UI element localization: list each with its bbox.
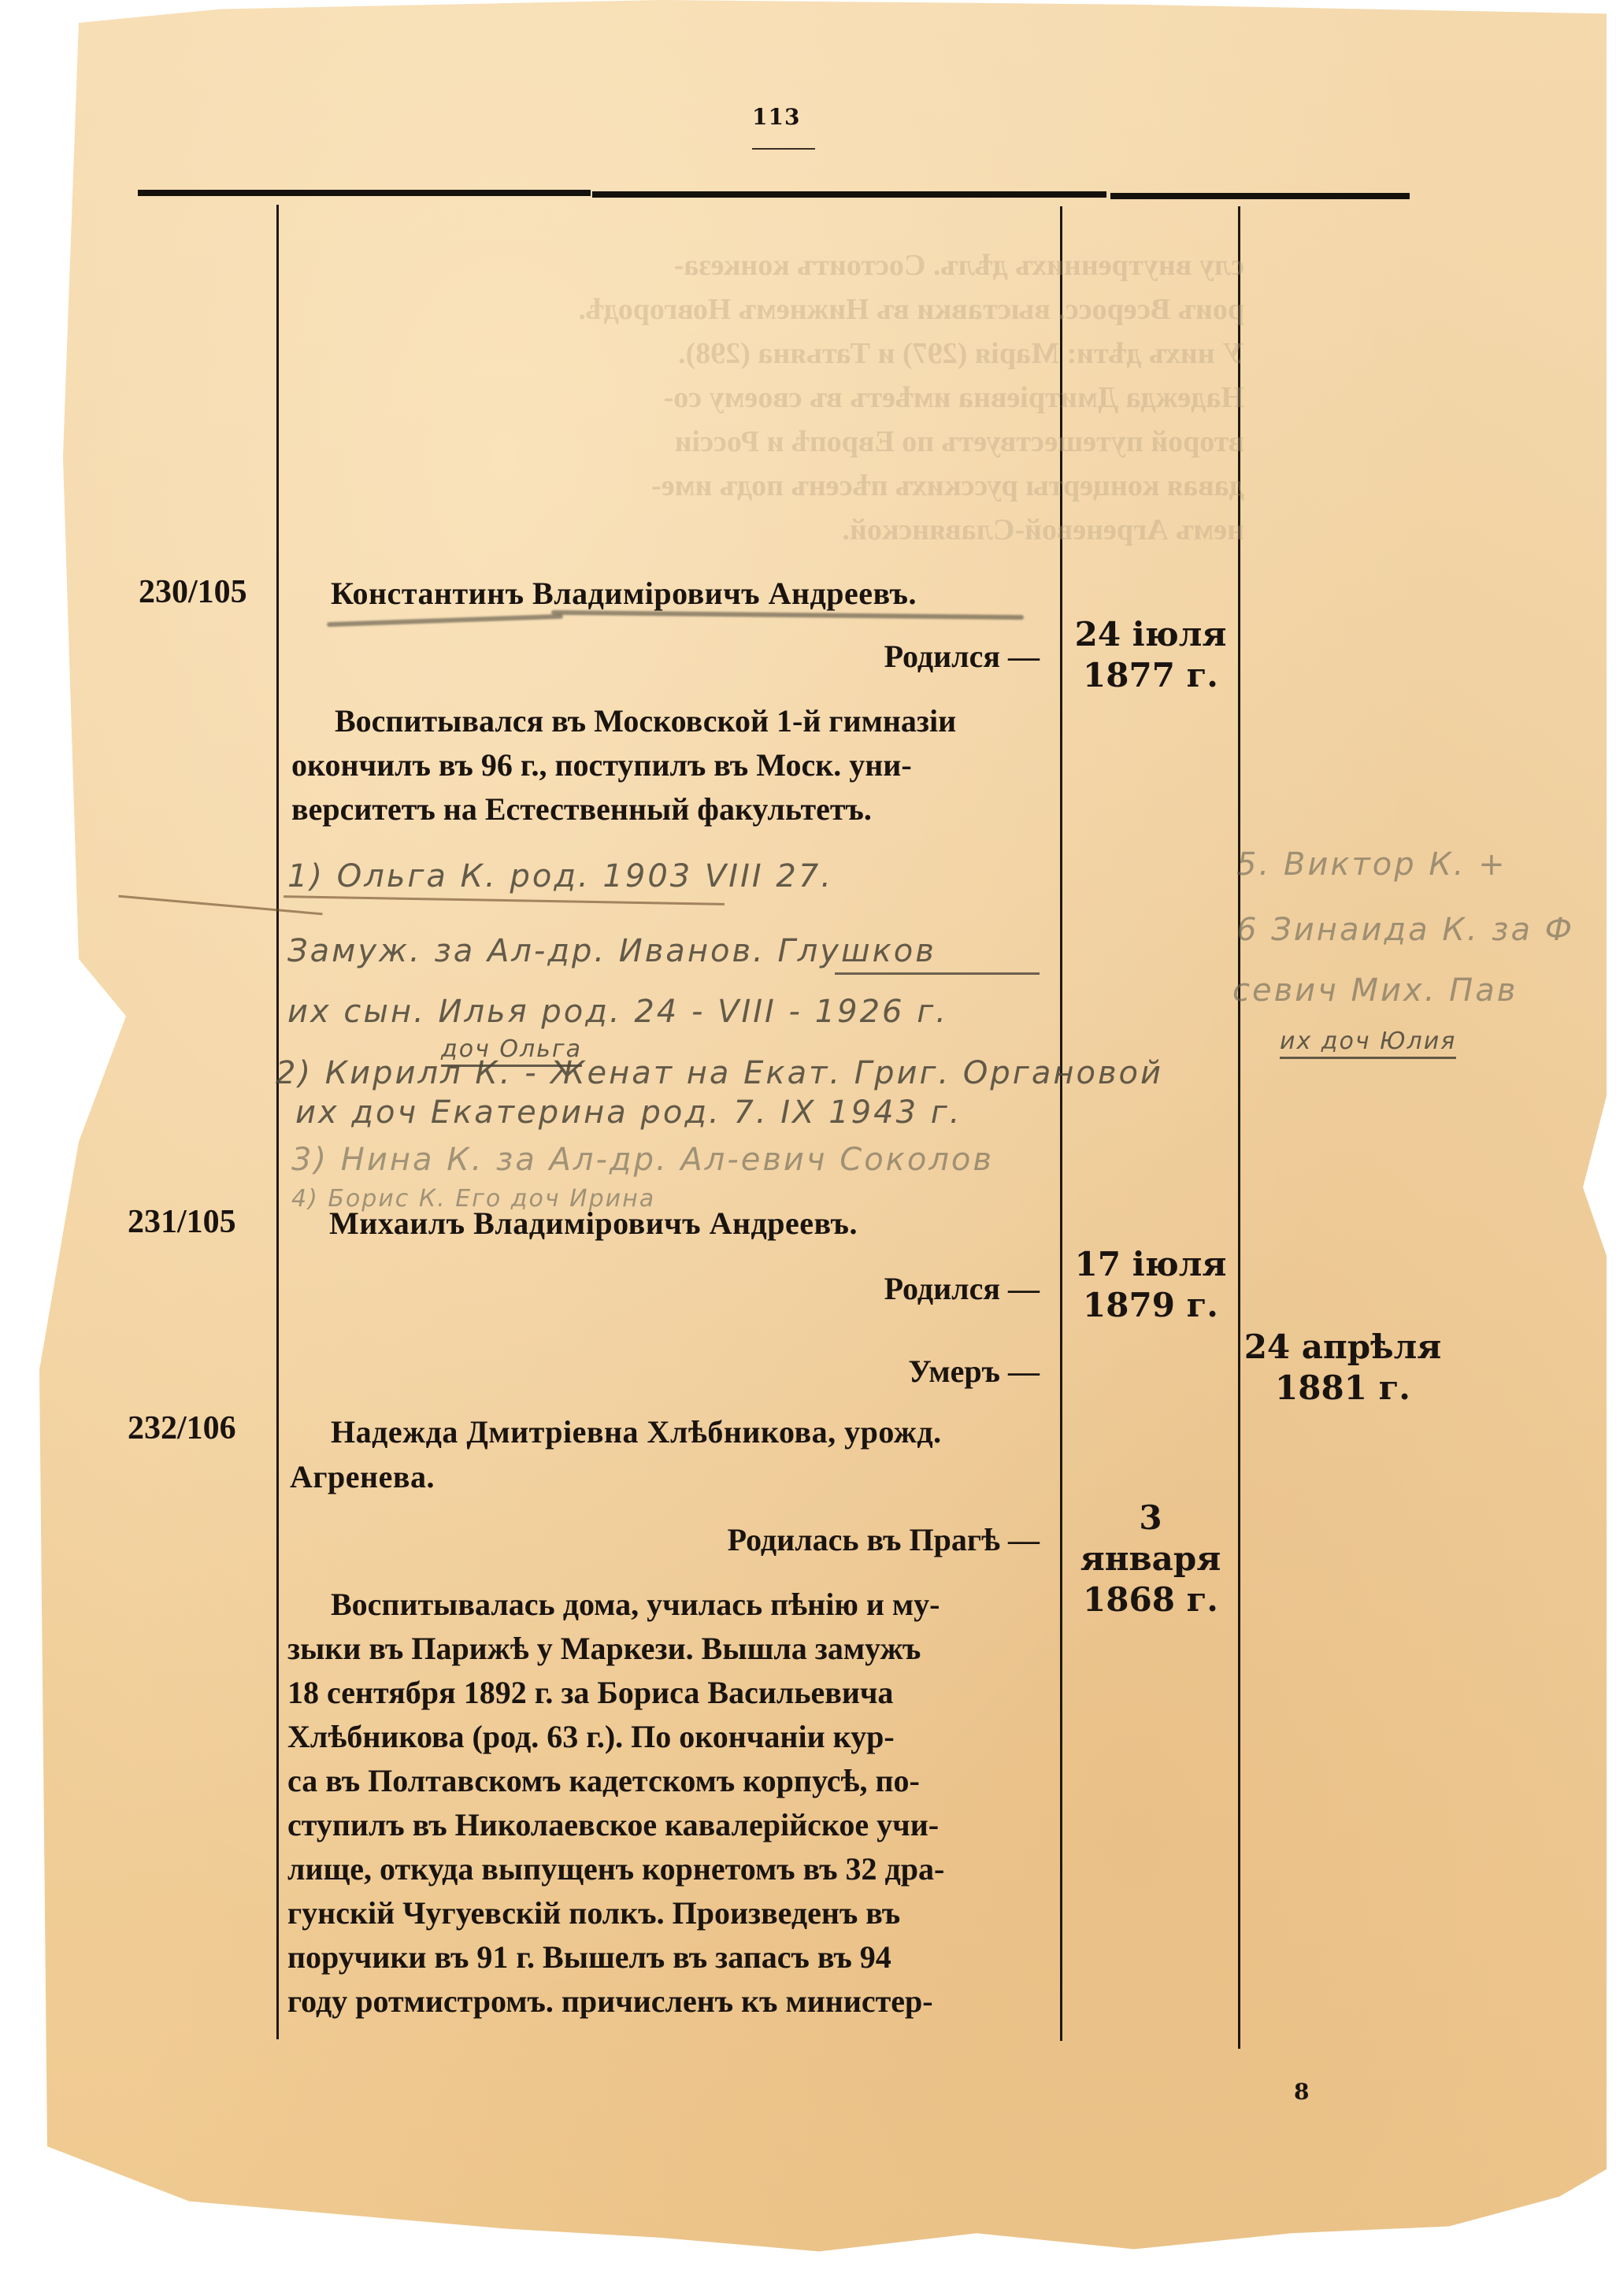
handwritten-note: 2) Кирилл К. - Женат на Екат. Григ. Орга…: [276, 1055, 1163, 1091]
entry-biography: Воспитывался въ Московской 1-й гимназіи …: [291, 699, 1047, 831]
event-date: 3 января 1868 г.: [1063, 1498, 1238, 1620]
header-rule-3: [1110, 193, 1410, 199]
event-label: Родился —: [709, 638, 1040, 675]
event-label: Родился —: [709, 1270, 1040, 1307]
margin-note: 6 Зинаида К. за Ф: [1236, 912, 1574, 948]
entry-number: 231/105: [128, 1203, 236, 1241]
entry-name: Надежда Дмитріевна Хлѣбникова, урожд.: [331, 1413, 942, 1450]
event-date: 24 іюля 1877 г.: [1063, 614, 1238, 696]
handwritten-note: Замуж. за Ал-др. Иванов. Глушков: [287, 933, 936, 969]
margin-note: севич Мих. Пав: [1232, 972, 1518, 1009]
handwritten-underline: [835, 972, 1040, 975]
page-number-rule: [752, 148, 815, 150]
handwritten-note: их сын. Илья род. 24 - VIII - 1926 г.: [287, 994, 948, 1030]
margin-note: их доч Юлия: [1280, 1028, 1456, 1055]
entry-number: 230/105: [139, 573, 247, 611]
entry-name: Михаилъ Владиміровичъ Андреевъ.: [329, 1205, 858, 1242]
event-date: 24 апрѣля 1881 г.: [1240, 1327, 1445, 1409]
event-date: 17 іюля 1879 г.: [1063, 1244, 1238, 1326]
entry-name-continued: Агренева.: [290, 1458, 435, 1495]
signature-mark: 8: [1294, 2079, 1309, 2105]
event-label: Родилась въ Прагѣ —: [630, 1521, 1040, 1558]
entry-number: 232/106: [128, 1409, 236, 1447]
handwritten-note: их доч Екатерина род. 7. IX 1943 г.: [295, 1094, 962, 1131]
margin-note: 5. Виктор К. +: [1236, 846, 1507, 883]
handwritten-note: 1) Ольга К. род. 1903 VIII 27.: [287, 858, 833, 894]
entry-name: Константинъ Владиміровичъ Андреевъ.: [331, 575, 917, 612]
bleed-through-text: слу внутреннихъ дѣлъ. Состоитъ конкеза- …: [504, 248, 1244, 547]
header-rule-2: [592, 191, 1106, 198]
handwritten-note: 3) Нина К. за Ал-др. Ал-евич Соколов: [291, 1142, 994, 1178]
page-number: 113: [752, 104, 800, 130]
event-label: Умеръ —: [709, 1353, 1040, 1390]
header-rule-1: [138, 190, 591, 196]
column-divider-1: [276, 205, 279, 2039]
entry-biography: Воспитывалась дома, училась пѣнію и му- …: [287, 1583, 1047, 2024]
